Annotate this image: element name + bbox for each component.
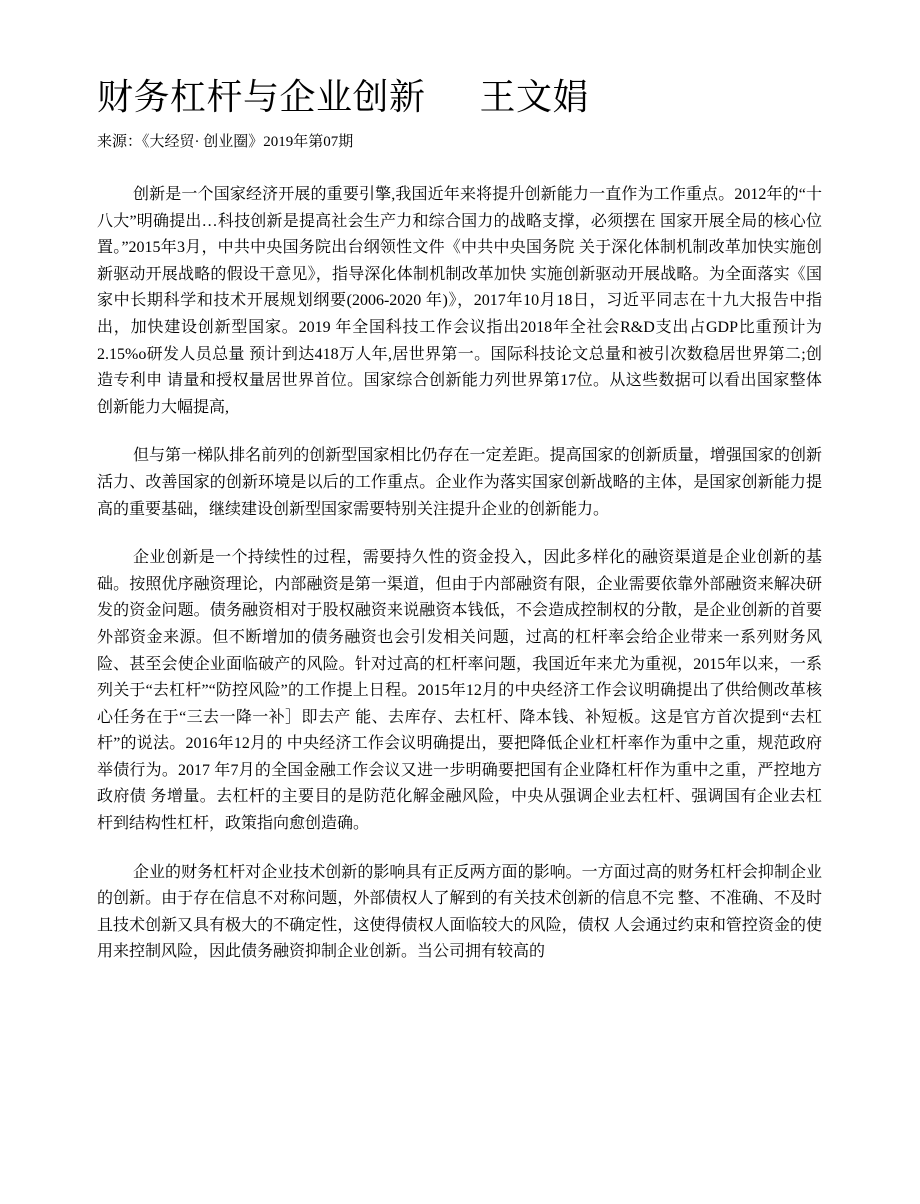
paragraph: 企业创新是一个持续性的过程，需要持久性的资金投入，因此多样化的融资渠道是企业创新… (97, 545, 822, 838)
article-body: 创新是一个国家经济开展的重要引擎,我国近年来将提升创新能力一直作为工作重点。20… (97, 182, 822, 988)
paragraph: 创新是一个国家经济开展的重要引擎,我国近年来将提升创新能力一直作为工作重点。20… (97, 182, 822, 421)
paragraph: 但与第一梯队排名前列的创新型国家相比仍存在一定差距。提高国家的创新质量，增强国家… (97, 443, 822, 523)
article-title-line: 财务杠杆与企业创新王文娟 (97, 74, 589, 122)
article-source: 来源：《大经贸· 创业圈》2019年第07期 (97, 132, 353, 152)
paragraph: 企业的财务杠杆对企业技术创新的影响具有正反两方面的影响。一方面过高的财务杠杆会抑… (97, 860, 822, 966)
article-author: 王文娟 (480, 77, 590, 118)
article-title: 财务杠杆与企业创新 (97, 77, 426, 118)
